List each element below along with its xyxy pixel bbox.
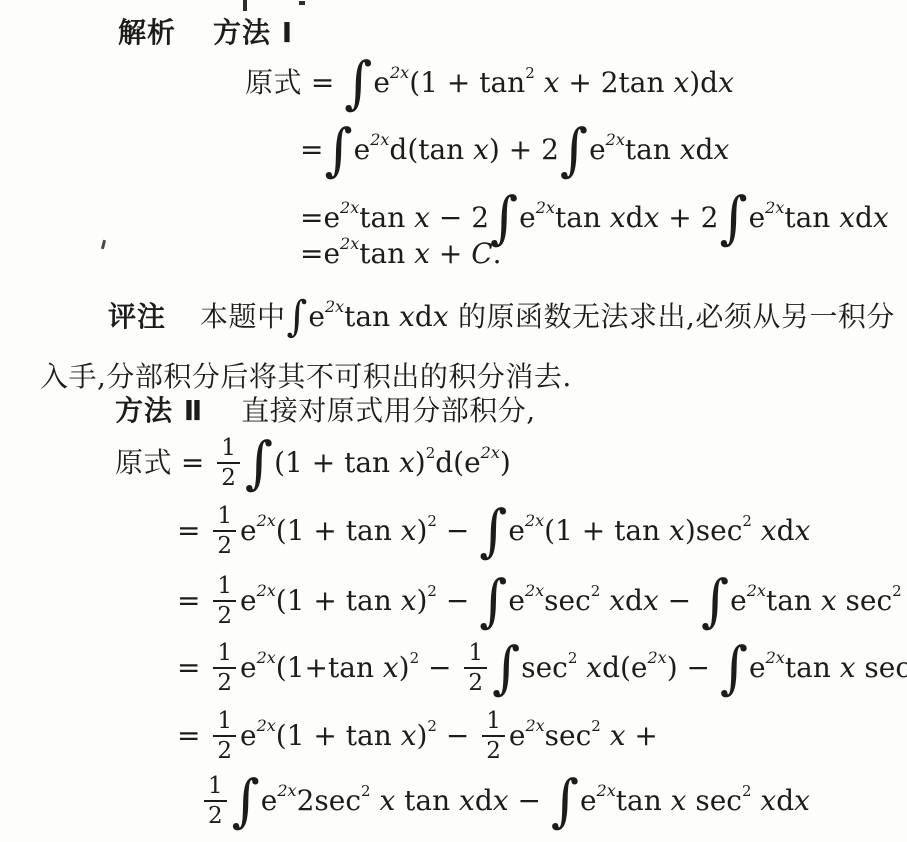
superscript: 2x xyxy=(481,445,500,461)
math-variable: x xyxy=(794,787,810,815)
fraction-denominator: 2 xyxy=(217,669,232,696)
scan-artifact xyxy=(299,1,305,5)
math-roman: e xyxy=(589,136,606,164)
integral-sign: ∫ xyxy=(560,122,588,179)
math-roman: tan xyxy=(625,136,680,164)
fraction: 12 xyxy=(217,435,240,492)
integral-sign: ∫ xyxy=(324,122,352,179)
superscript: 2x xyxy=(340,236,359,252)
math-roman: e xyxy=(240,517,257,545)
math-roman: = xyxy=(177,654,209,682)
math-roman: + xyxy=(430,240,471,268)
math-variable: x xyxy=(752,517,777,545)
fraction-numerator: 1 xyxy=(482,708,505,737)
fraction-denominator: 2 xyxy=(221,464,236,491)
math-roman: e xyxy=(519,204,536,232)
superscript: 2x xyxy=(536,200,555,216)
math-roman: = xyxy=(172,449,213,477)
math-roman: ) xyxy=(416,722,427,750)
superscript: 2 xyxy=(361,784,371,799)
math-roman: e xyxy=(509,722,526,750)
method1-label: 方法 Ⅰ xyxy=(213,11,293,51)
math-variable: x xyxy=(399,449,415,477)
cjk-bold-label: 评注 xyxy=(108,303,166,331)
math-roman: − xyxy=(419,654,460,682)
superscript: 2 xyxy=(426,446,436,461)
math-variable: x xyxy=(401,722,417,750)
fraction-denominator: 2 xyxy=(217,602,232,629)
superscript: 2x xyxy=(525,718,544,734)
math-roman: tan xyxy=(766,587,821,615)
scan-artifact xyxy=(243,0,247,11)
math-variable: x xyxy=(601,722,626,750)
math-roman: e xyxy=(240,722,257,750)
fraction-numerator: 1 xyxy=(464,640,487,669)
math-roman: − xyxy=(509,787,550,815)
math-variable: x xyxy=(401,587,417,615)
math-variable: x xyxy=(873,204,889,232)
analysis-label: 解析 xyxy=(118,11,176,51)
superscript: 2x xyxy=(525,583,544,599)
document-page: 解析 方法 Ⅰ 原式 = ∫e2x(1 + tan2 x + 2tan x)dx… xyxy=(0,0,907,842)
math-roman: e xyxy=(240,587,257,615)
math-roman: ) xyxy=(415,449,426,477)
math-variable: x xyxy=(840,654,856,682)
formula-line-method1-step1: 原式 = ∫e2x(1 + tan2 x + 2tan x)dx xyxy=(245,51,734,115)
math-variable: x xyxy=(752,787,777,815)
superscript: 2x xyxy=(370,132,389,148)
fraction-denominator: 2 xyxy=(486,737,501,764)
math-roman: ) xyxy=(416,587,427,615)
formula-line-method2-step1: 原式 = 12∫(1 + tan x)2d(e2x) xyxy=(115,431,511,495)
superscript: 2x xyxy=(257,513,276,529)
integral-sign: ∫ xyxy=(492,640,520,697)
superscript: 2x xyxy=(597,783,616,799)
fraction: 12 xyxy=(213,573,236,630)
spacer xyxy=(166,317,200,318)
math-variable: x xyxy=(610,204,626,232)
superscript: 2x xyxy=(747,583,766,599)
fraction: 12 xyxy=(204,773,227,830)
math-roman: d xyxy=(855,204,873,232)
math-variable: x xyxy=(414,204,430,232)
math-roman: = xyxy=(300,240,323,268)
math-roman: − xyxy=(437,722,478,750)
math-roman: e xyxy=(749,204,766,232)
superscript: 2x xyxy=(525,513,544,529)
math-variable: x xyxy=(433,303,449,331)
formula-line-method2-step3: = 12e2x(1 + tan x)2 − ∫e2xsec2 xdx − ∫e2… xyxy=(177,569,907,633)
math-roman: e xyxy=(580,787,597,815)
formula-line-method2-step6: 12∫e2x2sec2 x tan xdx − ∫e2xtan x sec2 x… xyxy=(200,769,810,833)
math-roman: e xyxy=(308,303,325,331)
math-roman: d xyxy=(415,303,433,331)
fraction-denominator: 2 xyxy=(217,532,232,559)
math-roman: (1 + tan xyxy=(544,517,669,545)
formula-line-method2-step4: = 12e2x(1+tan x)2 − 12∫sec2 xd(e2x) − ∫e… xyxy=(177,636,907,700)
math-roman: tan xyxy=(359,240,414,268)
method2-intro: 直接对原式用分部积分, xyxy=(241,389,535,429)
math-roman: e xyxy=(354,136,371,164)
math-roman: d xyxy=(696,136,714,164)
integral-sign: ∫ xyxy=(245,435,273,492)
math-variable: x xyxy=(671,787,687,815)
math-variable: x xyxy=(839,204,855,232)
math-variable: x xyxy=(399,303,415,331)
math-roman: d xyxy=(475,787,493,815)
fraction-numerator: 1 xyxy=(213,573,236,602)
math-roman: d(e xyxy=(602,654,647,682)
math-variable: x xyxy=(401,517,417,545)
math-roman: e xyxy=(373,69,390,97)
math-roman: tan xyxy=(395,787,459,815)
math-roman: e xyxy=(508,587,525,615)
math-roman: e xyxy=(240,654,257,682)
math-roman: tan xyxy=(359,204,414,232)
math-variable: x xyxy=(535,69,560,97)
math-variable: x xyxy=(644,204,660,232)
math-roman: d(e xyxy=(435,449,480,477)
integral-sign: ∫ xyxy=(344,55,372,112)
math-roman: sec xyxy=(837,587,893,615)
superscript: 2 xyxy=(742,514,752,529)
math-roman: (1 + tan xyxy=(409,69,525,97)
math-roman: d xyxy=(777,517,795,545)
cjk-text: 原式 xyxy=(245,69,302,97)
math-roman: = xyxy=(300,204,323,232)
math-roman: − 2 xyxy=(430,204,489,232)
fraction-denominator: 2 xyxy=(468,669,483,696)
math-variable: x xyxy=(493,787,509,815)
fraction-denominator: 2 xyxy=(208,802,223,829)
math-roman: e xyxy=(508,517,525,545)
superscript: 2 xyxy=(427,719,437,734)
integral-sign: ∫ xyxy=(232,773,260,830)
math-roman: + 2tan xyxy=(559,69,673,97)
math-roman: ) xyxy=(399,654,410,682)
math-roman: tan xyxy=(785,654,840,682)
superscript: 2x xyxy=(766,650,785,666)
method2-label: 方法 Ⅱ xyxy=(115,389,203,429)
math-roman: (1 + tan xyxy=(276,587,401,615)
math-variable: x xyxy=(643,587,659,615)
remark-line1: 评注本题中∫e2xtan xdx 的原函数无法求出,必须从另一积分 xyxy=(108,293,895,341)
math-roman: d xyxy=(625,587,643,615)
superscript: 2 xyxy=(427,514,437,529)
math-roman: − xyxy=(437,587,478,615)
math-variable: x xyxy=(600,587,625,615)
cjk-text: 的原函数无法求出,必须从另一积分 xyxy=(449,303,895,331)
math-variable: x xyxy=(383,654,399,682)
fraction-denominator: 2 xyxy=(217,737,232,764)
math-roman: tan xyxy=(555,204,610,232)
integral-sign: ∫ xyxy=(287,296,308,338)
math-roman: (1 + tan xyxy=(276,722,401,750)
formula-line-method1-result: =e2xtan x + C. xyxy=(300,234,502,274)
math-roman: sec xyxy=(521,654,568,682)
superscript: 2 xyxy=(568,651,578,666)
math-variable: x xyxy=(673,69,689,97)
superscript: 2 xyxy=(525,66,535,81)
math-roman: + 2 xyxy=(659,204,718,232)
fraction: 12 xyxy=(213,708,236,765)
fraction: 12 xyxy=(213,640,236,697)
math-variable: x xyxy=(718,69,734,97)
math-variable: x xyxy=(713,136,729,164)
math-variable: C xyxy=(471,240,492,268)
math-roman: ) xyxy=(500,449,511,477)
math-roman: e xyxy=(749,654,766,682)
math-roman: = xyxy=(177,517,209,545)
math-roman: − xyxy=(659,587,700,615)
math-roman: ) xyxy=(416,517,427,545)
math-variable: x xyxy=(669,517,685,545)
superscript: 2x xyxy=(325,299,344,315)
math-roman: 2sec xyxy=(297,787,361,815)
math-roman: = xyxy=(177,587,209,615)
math-variable: x xyxy=(414,240,430,268)
math-roman: d(tan xyxy=(389,136,473,164)
math-variable: x xyxy=(795,517,811,545)
superscript: 2 xyxy=(427,584,437,599)
math-roman: )d xyxy=(689,69,718,97)
remark-line2: 入手,分部积分后将其不可积出的积分消去. xyxy=(40,357,572,393)
scan-artifact xyxy=(101,240,106,249)
solution-heading: 解析 方法 Ⅰ xyxy=(118,13,293,49)
math-roman: ) + 2 xyxy=(489,136,559,164)
superscript: 2 xyxy=(892,584,902,599)
superscript: 2x xyxy=(648,650,667,666)
math-roman: (1 + tan xyxy=(274,449,399,477)
fraction-numerator: 1 xyxy=(204,773,227,802)
superscript: 2 xyxy=(591,584,601,599)
fraction-numerator: 1 xyxy=(213,708,236,737)
math-roman: tan xyxy=(344,303,399,331)
superscript: 2x xyxy=(765,200,784,216)
superscript: 2 xyxy=(591,719,601,734)
math-variable: x xyxy=(371,787,396,815)
math-roman: sec xyxy=(545,722,592,750)
fraction-numerator: 1 xyxy=(213,640,236,669)
math-roman: = xyxy=(177,722,209,750)
formula-line-method1-step2: =∫e2xd(tan x) + 2∫e2xtan xdx xyxy=(300,118,729,182)
superscript: 2 xyxy=(410,651,420,666)
math-roman: (1 + tan xyxy=(276,517,401,545)
math-roman: sec xyxy=(544,587,591,615)
math-roman: )sec xyxy=(685,517,743,545)
math-variable: x xyxy=(459,787,475,815)
fraction-numerator: 1 xyxy=(213,503,236,532)
math-roman: tan xyxy=(616,787,671,815)
fraction-numerator: 1 xyxy=(217,435,240,464)
integral-sign: ∫ xyxy=(551,773,579,830)
math-roman: e xyxy=(323,240,340,268)
math-variable: x xyxy=(577,654,602,682)
math-roman: e xyxy=(730,587,747,615)
method2-heading: 方法 Ⅱ 直接对原式用分部积分, xyxy=(115,391,536,427)
cjk-text: 原式 xyxy=(115,449,172,477)
superscript: 2x xyxy=(257,718,276,734)
math-variable: x xyxy=(473,136,489,164)
fraction: 12 xyxy=(213,503,236,560)
math-roman: . xyxy=(493,240,502,268)
math-roman: = xyxy=(300,136,323,164)
math-roman: ) − xyxy=(667,654,719,682)
formula-line-method2-step2: = 12e2x(1 + tan x)2 − ∫e2x(1 + tan x)sec… xyxy=(177,499,810,563)
integral-sign: ∫ xyxy=(701,573,729,630)
fraction: 12 xyxy=(482,708,505,765)
math-variable: x xyxy=(680,136,696,164)
superscript: 2x xyxy=(277,783,296,799)
math-roman: sec xyxy=(856,654,907,682)
math-variable: x xyxy=(821,587,837,615)
math-variable: x xyxy=(902,587,907,615)
integral-sign: ∫ xyxy=(479,573,507,630)
math-roman: e xyxy=(261,787,278,815)
integral-sign: ∫ xyxy=(720,640,748,697)
math-roman: − xyxy=(437,517,478,545)
math-roman: sec xyxy=(686,787,742,815)
integral-sign: ∫ xyxy=(719,190,747,247)
superscript: 2 xyxy=(742,784,752,799)
math-roman: d xyxy=(776,787,794,815)
math-roman: tan xyxy=(784,204,839,232)
math-roman: + xyxy=(626,722,667,750)
math-roman: = xyxy=(302,69,343,97)
superscript: 2x xyxy=(606,132,625,148)
superscript: 2x xyxy=(257,583,276,599)
integral-sign: ∫ xyxy=(479,503,507,560)
math-roman: (1+tan xyxy=(276,654,383,682)
superscript: 2x xyxy=(340,200,359,216)
math-roman: e xyxy=(323,204,340,232)
superscript: 2x xyxy=(257,650,276,666)
superscript: 2x xyxy=(390,65,409,81)
formula-line-method2-step5: = 12e2x(1 + tan x)2 − 12e2xsec2 x + xyxy=(177,704,667,768)
cjk-text: 本题中 xyxy=(200,303,286,331)
fraction: 12 xyxy=(464,640,487,697)
math-roman: d xyxy=(626,204,644,232)
